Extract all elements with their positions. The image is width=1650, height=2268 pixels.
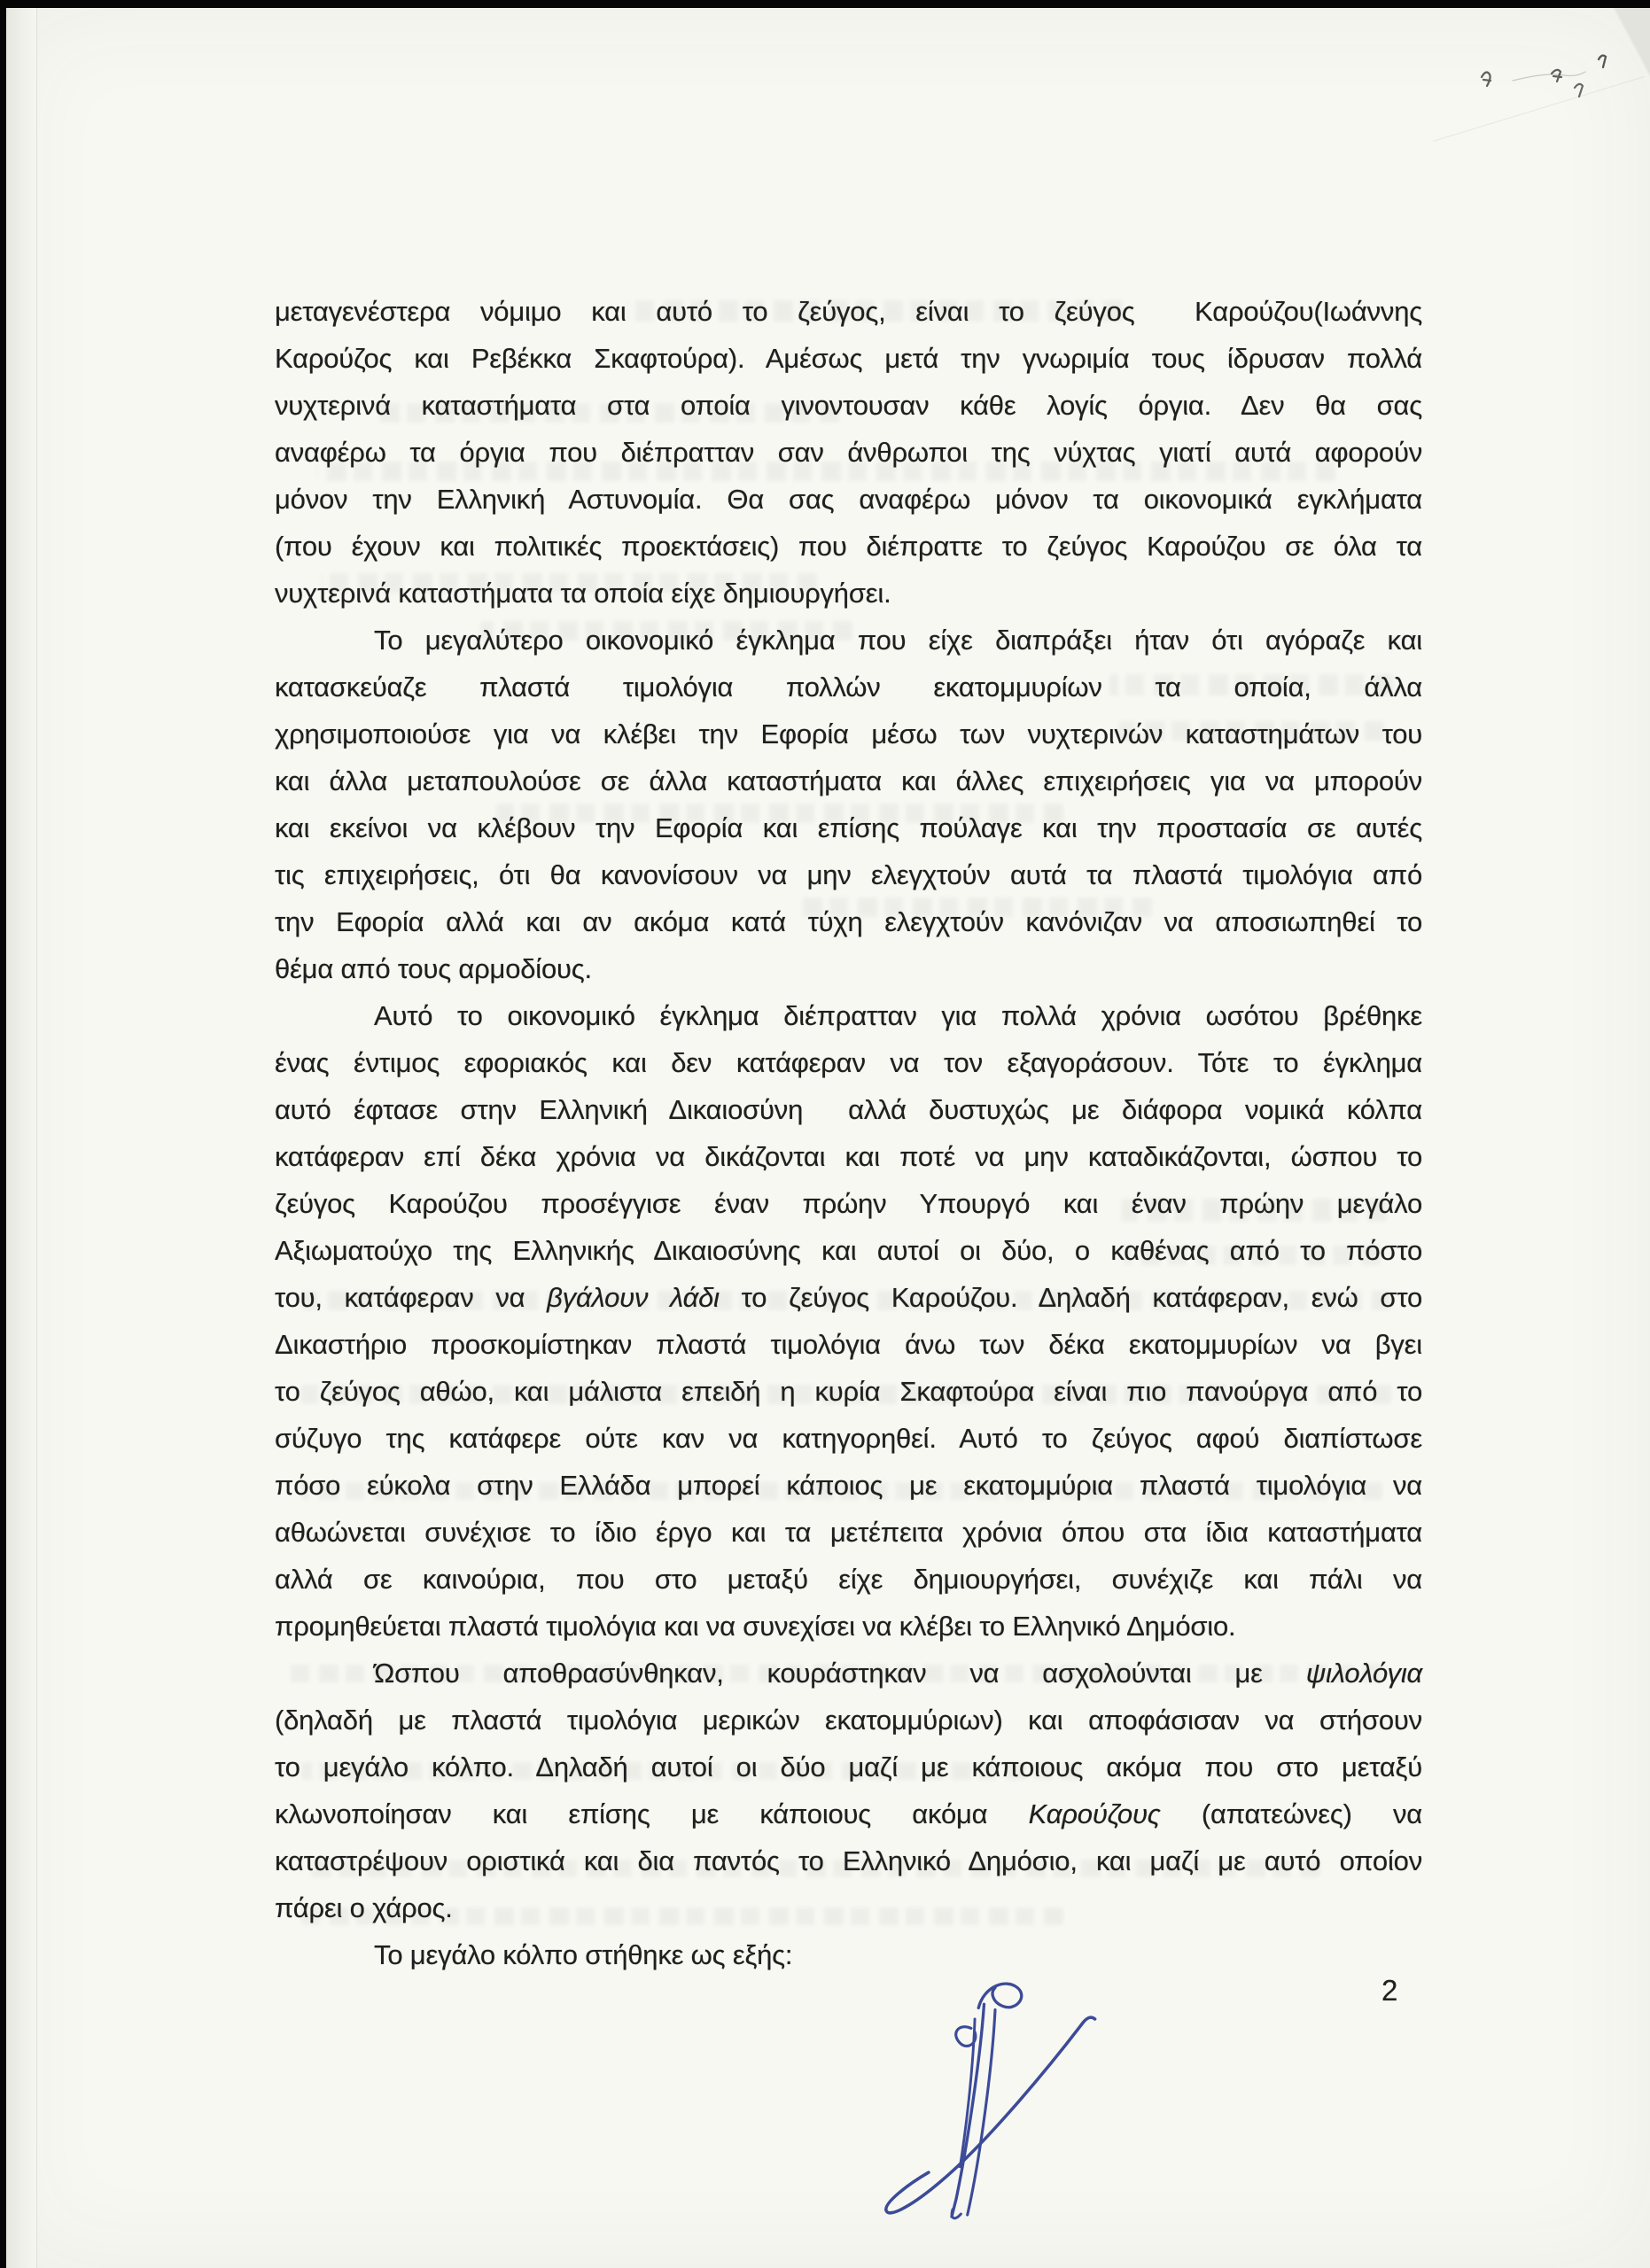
text-line: και εκείνοι να κλέβουν την Εφορία και επ… bbox=[275, 804, 1422, 851]
text-line: του, κατάφεραν να βγάλουν λάδι το ζεύγος… bbox=[275, 1274, 1422, 1321]
text-line: μεταγενέστερα νόμιμο και αυτό το ζεύγος,… bbox=[275, 288, 1422, 335]
text-line: Αξιωματούχο της Ελληνικής Δικαιοσύνης κα… bbox=[275, 1227, 1422, 1274]
text-line: πάρει ο χάρος. bbox=[275, 1884, 1422, 1931]
text-block: μεταγενέστερα νόμιμο και αυτό το ζεύγος,… bbox=[275, 288, 1422, 1978]
text-line: μόνον την Ελληνική Αστυνομία. Θα σας ανα… bbox=[275, 476, 1422, 523]
text-line: Ώσπου αποθρασύνθηκαν, κουράστηκαν να ασχ… bbox=[275, 1650, 1422, 1697]
text-line: αλλά σε καινούρια, που στο μεταξύ είχε δ… bbox=[275, 1556, 1422, 1603]
text-line: πόσο εύκολα στην Ελλάδα μπορεί κάποιος μ… bbox=[275, 1462, 1422, 1509]
scan-root: { "page": { "number": "2" }, "colors": {… bbox=[0, 0, 1650, 2268]
text-line: το μεγάλο κόλπο. Δηλαδή αυτοί οι δύο μαζ… bbox=[275, 1744, 1422, 1790]
text-line: προμηθεύεται πλαστά τιμολόγια και να συν… bbox=[275, 1603, 1422, 1650]
pen-marks-icon bbox=[1461, 38, 1650, 148]
text-line: (δηλαδή με πλαστά τιμολόγια μερικών εκατ… bbox=[275, 1697, 1422, 1744]
text-line: την Εφορία αλλά και αν ακόμα κατά τύχη ε… bbox=[275, 898, 1422, 945]
paper-page: μεταγενέστερα νόμιμο και αυτό το ζεύγος,… bbox=[6, 8, 1650, 2268]
text-line: ένας έντιμος εφοριακός και δεν κατάφεραν… bbox=[275, 1039, 1422, 1086]
text-line: καταστρέψουν οριστικά και δια παντός το … bbox=[275, 1837, 1422, 1884]
text-line: κατάφεραν επί δέκα χρόνια να δικάζονται … bbox=[275, 1133, 1422, 1180]
text-line: Το μεγαλύτερο οικονομικό έγκλημα που είχ… bbox=[275, 617, 1422, 664]
text-line: Καρούζος και Ρεβέκκα Σκαφτούρα). Αμέσως … bbox=[275, 335, 1422, 382]
text-line: σύζυγο της κατάφερε ούτε καν να κατηγορη… bbox=[275, 1415, 1422, 1462]
paper-left-edge bbox=[6, 8, 37, 2268]
text-line: νυχτερινά καταστήματα στα οποία γινοντου… bbox=[275, 382, 1422, 429]
text-line: αθωώνεται συνέχισε το ίδιο έργο και τα μ… bbox=[275, 1509, 1422, 1556]
text-line: (που έχουν και πολιτικές προεκτάσεις) πο… bbox=[275, 523, 1422, 570]
text-line: αναφέρω τα όργια που διέπρατταν σαν άνθρ… bbox=[275, 429, 1422, 476]
text-line: το ζεύγος αθώο, και μάλιστα επειδή η κυρ… bbox=[275, 1368, 1422, 1415]
text-line: Το μεγάλο κόλπο στήθηκε ως εξής: bbox=[275, 1931, 1422, 1978]
text-line: ζεύγος Καρούζου προσέγγισε έναν πρώην Υπ… bbox=[275, 1180, 1422, 1227]
text-line: χρησιμοποιούσε για να κλέβει την Εφορία … bbox=[275, 711, 1422, 757]
text-line: τις επιχειρήσεις, ότι θα κανονίσουν να μ… bbox=[275, 851, 1422, 898]
page-number: 2 bbox=[1381, 1973, 1435, 2008]
text-line: κατασκεύαζε πλαστά τιμολόγια πολλών εκατ… bbox=[275, 664, 1422, 711]
text-line: Δικαστήριο προσκομίστηκαν πλαστά τιμολόγ… bbox=[275, 1321, 1422, 1368]
text-line: Αυτό το οικονομικό έγκλημα διέπρατταν γι… bbox=[275, 992, 1422, 1039]
text-line: νυχτερινά καταστήματα τα οποία είχε δημι… bbox=[275, 570, 1422, 617]
text-line: θέμα από τους αρμοδίους. bbox=[275, 945, 1422, 992]
text-line: αυτό έφτασε στην Ελληνική Δικαιοσύνη αλλ… bbox=[275, 1086, 1422, 1133]
text-line: και άλλα μεταπουλούσε σε άλλα καταστήματ… bbox=[275, 757, 1422, 804]
signature bbox=[875, 1977, 1116, 2235]
text-line: κλωνοποίησαν και επίσης με κάποιους ακόμ… bbox=[275, 1790, 1422, 1837]
